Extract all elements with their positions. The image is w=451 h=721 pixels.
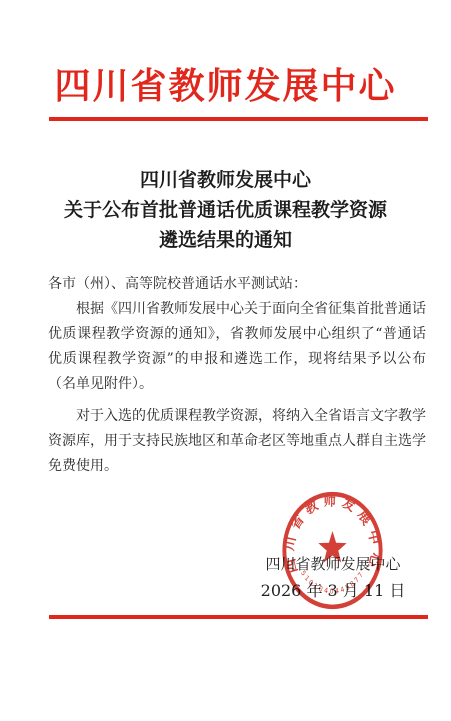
letterhead-org-name: 四川省教师发展中心: [0, 64, 451, 108]
document-title-line-3: 遴选结果的通知: [15, 225, 436, 255]
letterhead-divider: [49, 117, 428, 121]
document-body: 各市（州）、高等院校普通话水平测试站： 根据《四川省教师发展中心关于面向全省征集…: [48, 272, 426, 479]
footer-divider: [49, 615, 428, 619]
body-paragraph-1: 根据《四川省教师发展中心关于面向全省征集首批普通话优质课程教学资源的通知》，省教…: [48, 297, 426, 397]
body-paragraph-2: 对于入选的优质课程教学资源，将纳入全省语言文字教学资源库，用于支持民族地区和革命…: [48, 404, 426, 479]
salutation: 各市（州）、高等院校普通话水平测试站：: [48, 272, 426, 297]
document-title-line-1: 四川省教师发展中心: [15, 165, 436, 195]
document-page: 四川省教师发展中心 四川省教师发展中心 关于公布首批普通话优质课程教学资源 遴选…: [0, 0, 451, 721]
document-title: 四川省教师发展中心 关于公布首批普通话优质课程教学资源 遴选结果的通知: [15, 165, 436, 255]
document-title-line-2: 关于公布首批普通话优质课程教学资源: [15, 195, 436, 225]
closing-signer: 四川省教师发展中心: [203, 554, 451, 574]
closing-date: 2026 年 3 月 11 日: [203, 581, 451, 600]
closing-block: 四川省教师发展中心 2026 年 3 月 11 日: [203, 554, 451, 600]
